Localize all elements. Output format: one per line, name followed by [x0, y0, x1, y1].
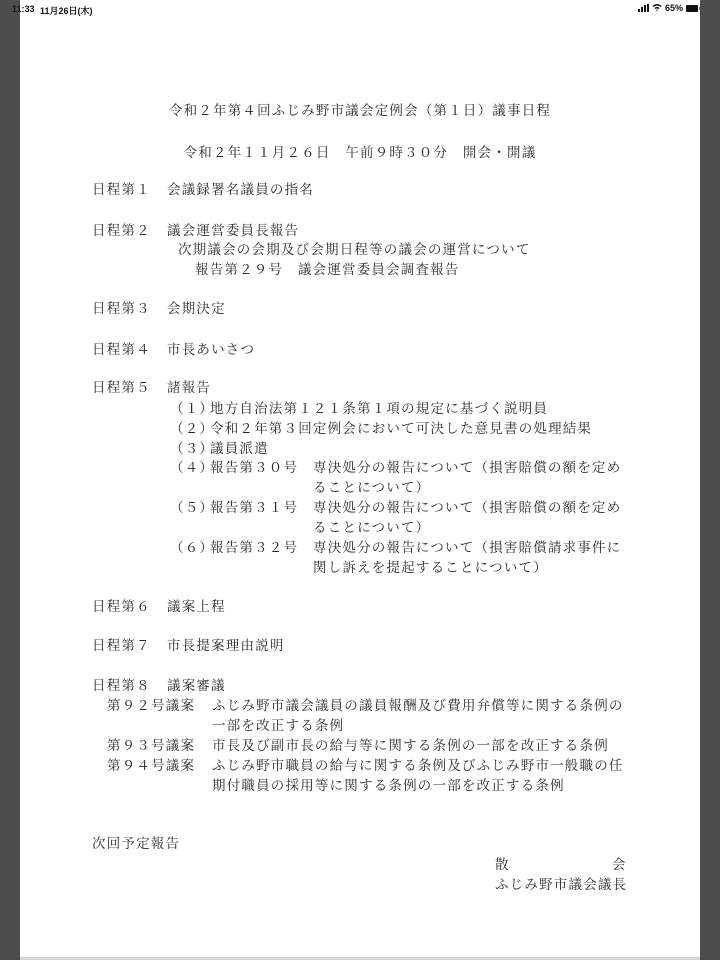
- document-title: 令和２年第４回ふじみ野市議会定例会（第１日）議事日程: [0, 102, 720, 120]
- agenda-item-label: 日程第４: [92, 341, 151, 359]
- report-number: （２）: [170, 420, 214, 438]
- report-text: 地方自治法第１２１条第１項の規定に基づく説明員: [210, 400, 548, 418]
- agenda-item-label: 日程第８: [92, 677, 151, 695]
- meeting-datetime: 令和２年１１月２６日 午前９時３０分 開会・開議: [0, 144, 720, 162]
- report-number: （３）: [170, 440, 214, 458]
- report-text: 令和２年第３回定例会において可決した意見書の処理結果: [210, 420, 592, 438]
- report-number: （４）: [170, 459, 214, 477]
- next-report-label: 次回予定報告: [92, 835, 180, 853]
- bill-text: 一部を改正する条例: [212, 717, 344, 735]
- report-reference: 報告第３０号: [210, 459, 298, 477]
- agenda-item-subtext: 報告第２９号 議会運営委員会調査報告: [195, 261, 460, 279]
- report-number: （６）: [170, 539, 214, 557]
- bill-text: ふじみ野市職員の給与に関する条例及びふじみ野市一般職の任: [212, 757, 624, 775]
- agenda-item-text: 諸報告: [167, 379, 211, 397]
- report-text: ることについて）: [313, 479, 430, 497]
- bill-text: 市長及び副市長の給与等に関する条例の一部を改正する条例: [212, 737, 609, 755]
- agenda-item-text: 市長あいさつ: [167, 341, 255, 359]
- agenda-item-label: 日程第６: [92, 598, 151, 616]
- agenda-document: 令和２年第４回ふじみ野市議会定例会（第１日）議事日程 令和２年１１月２６日 午前…: [0, 0, 720, 960]
- report-number: （５）: [170, 499, 214, 517]
- report-number: （１）: [170, 400, 214, 418]
- report-text: 専決処分の報告について（損害賠償の額を定め: [313, 459, 621, 477]
- chairperson-signature: ふじみ野市議会議長: [495, 876, 627, 894]
- agenda-item-text: 議案上程: [167, 598, 226, 616]
- bill-number: 第９３号議案: [107, 737, 195, 755]
- agenda-item-text: 議会運営委員長報告: [167, 222, 299, 240]
- agenda-item-label: 日程第３: [92, 300, 151, 318]
- bill-text: ふじみ野市議会議員の議員報酬及び費用弁償等に関する条例の: [212, 697, 624, 715]
- report-text: ることについて）: [313, 519, 430, 537]
- agenda-item-label: 日程第１: [92, 181, 151, 199]
- report-text: 専決処分の報告について（損害賠償請求事件に: [313, 539, 621, 557]
- bill-text: 期付職員の採用等に関する条例の一部を改正する条例: [212, 777, 565, 795]
- agenda-item-label: 日程第５: [92, 379, 151, 397]
- agenda-item-text: 会期決定: [167, 300, 226, 318]
- adjourn-left: 散: [495, 856, 510, 874]
- report-text: 議員派遣: [210, 440, 269, 458]
- agenda-item-text: 議案審議: [167, 677, 226, 695]
- bill-number: 第９４号議案: [107, 757, 195, 775]
- agenda-item-text: 市長提案理由説明: [167, 637, 285, 655]
- report-reference: 報告第３１号: [210, 499, 298, 517]
- agenda-item-label: 日程第７: [92, 637, 151, 655]
- bill-number: 第９２号議案: [107, 697, 195, 715]
- agenda-item-label: 日程第２: [92, 222, 151, 240]
- adjourn-right: 会: [612, 856, 627, 874]
- report-text: 関し訴えを提起することについて）: [313, 559, 548, 577]
- agenda-item-text: 会議録署名議員の指名: [167, 181, 314, 199]
- report-text: 専決処分の報告について（損害賠償の額を定め: [313, 499, 621, 517]
- report-reference: 報告第３２号: [210, 539, 298, 557]
- agenda-item-subtext: 次期議会の会期及び会期日程等の議会の運営について: [178, 241, 531, 259]
